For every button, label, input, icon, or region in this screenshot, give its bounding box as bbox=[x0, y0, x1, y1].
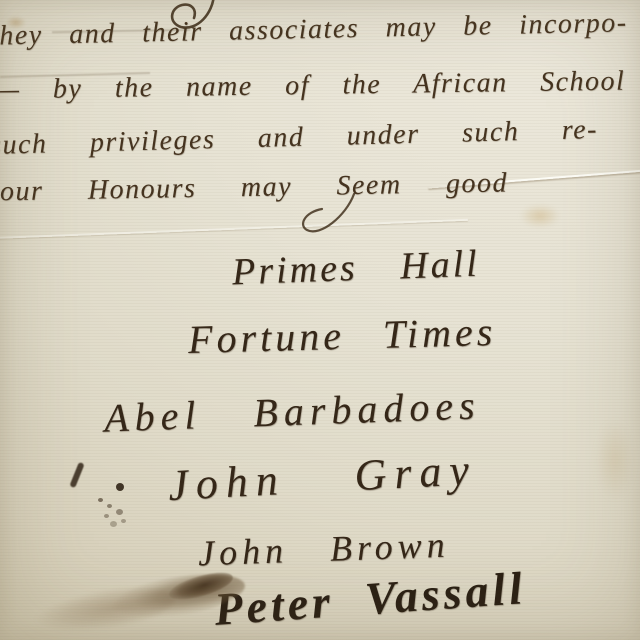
ink-blot bbox=[116, 483, 124, 491]
signature: Primes Hall bbox=[231, 242, 480, 295]
manuscript-page: they and their associates may be incorpo… bbox=[0, 0, 640, 640]
signature: John Brown bbox=[197, 524, 450, 575]
ink-specks bbox=[98, 498, 103, 502]
signature: Fortune Times bbox=[187, 308, 496, 363]
